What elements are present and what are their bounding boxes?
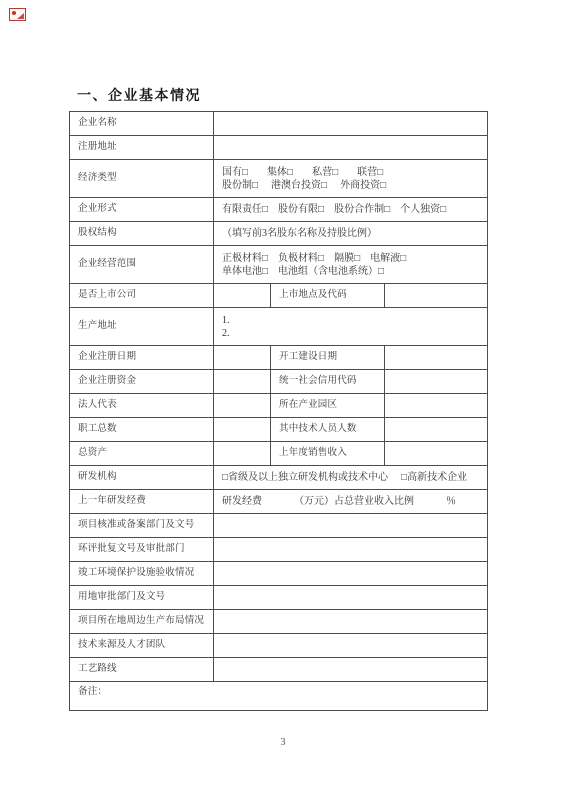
value-process-route [214, 658, 487, 681]
business-scope-options-line2: 单体电池□ 电池组（含电池系统）□ [222, 265, 384, 278]
value-last-year-sales [385, 442, 487, 465]
value-equity-structure: （填写前3名股东名称及持股比例） [214, 222, 487, 245]
row-total-assets: 总资产 上年度销售收入 [70, 442, 487, 466]
row-tech-source-team: 技术来源及人才团队 [70, 634, 487, 658]
rd-expense-part: 研发经费 [222, 495, 262, 508]
checkbox-option: 股份有限□ [278, 203, 324, 216]
production-address-line2: 2. [222, 327, 230, 340]
label-construction-start-date: 开工建设日期 [271, 346, 385, 369]
label-listed-company: 是否上市公司 [70, 284, 214, 307]
checkbox-option: 股份制□ [222, 179, 258, 192]
row-registered-capital: 企业注册资金 统一社会信用代码 [70, 370, 487, 394]
checkbox-option: 国有□ [222, 166, 248, 179]
label-business-scope: 企业经营范围 [70, 246, 214, 283]
page-number: 3 [0, 737, 566, 748]
row-enterprise-form: 企业形式 有限责任□ 股份有限□ 股份合作制□ 个人独资□ [70, 198, 487, 222]
value-credit-code [385, 370, 487, 393]
row-registered-address: 注册地址 [70, 136, 487, 160]
label-registered-capital: 企业注册资金 [70, 370, 214, 393]
value-land-approval [214, 586, 487, 609]
row-rd-institution: 研发机构 □省级及以上独立研发机构或技术中心 □高新技术企业 [70, 466, 487, 490]
value-legal-representative [214, 394, 271, 417]
broken-image-icon [9, 8, 26, 21]
label-company-name: 企业名称 [70, 112, 214, 135]
value-eia-approval [214, 538, 487, 561]
checkbox-option: 有限责任□ [222, 203, 268, 216]
value-rd-institution: □省级及以上独立研发机构或技术中心 □高新技术企业 [214, 466, 487, 489]
label-employee-count: 职工总数 [70, 418, 214, 441]
value-registered-capital [214, 370, 271, 393]
label-listing-place-code: 上市地点及代码 [271, 284, 385, 307]
rd-institution-options: □省级及以上独立研发机构或技术中心 □高新技术企业 [222, 471, 467, 484]
value-total-assets [214, 442, 271, 465]
economic-type-options-line1: 国有□ 集体□ 私营□ 联营□ [222, 166, 383, 179]
row-project-approval: 项目核准或备案部门及文号 [70, 514, 487, 538]
row-employee-count: 职工总数 其中技术人员人数 [70, 418, 487, 442]
value-economic-type: 国有□ 集体□ 私营□ 联营□ 股份制□ 港澳台投资□ 外商投资□ [214, 160, 487, 197]
economic-type-options-line2: 股份制□ 港澳台投资□ 外商投资□ [222, 179, 386, 192]
checkbox-option: 正极材料□ [222, 252, 268, 265]
label-equity-structure: 股权结构 [70, 222, 214, 245]
checkbox-option: 联营□ [357, 166, 383, 179]
value-technical-staff-count [385, 418, 487, 441]
value-listed-company [214, 284, 271, 307]
checkbox-option: 负极材料□ [278, 252, 324, 265]
value-listing-place-code [385, 284, 487, 307]
rd-expense-part: ％ [446, 495, 456, 508]
checkbox-option: 隔膜□ [334, 252, 360, 265]
label-legal-representative: 法人代表 [70, 394, 214, 417]
row-company-name: 企业名称 [70, 112, 487, 136]
enterprise-info-table: 企业名称 注册地址 经济类型 国有□ 集体□ 私营□ 联营□ 股份制□ 港澳台投… [69, 111, 488, 711]
label-remarks: 备注： [70, 682, 487, 710]
value-surrounding-layout [214, 610, 487, 633]
row-business-scope: 企业经营范围 正极材料□ 负极材料□ 隔膜□ 电解液□ 单体电池□ 电池组（含电… [70, 246, 487, 284]
value-company-name [214, 112, 487, 135]
value-env-acceptance [214, 562, 487, 585]
row-equity-structure: 股权结构 （填写前3名股东名称及持股比例） [70, 222, 487, 246]
label-economic-type: 经济类型 [70, 160, 214, 197]
row-land-approval: 用地审批部门及文号 [70, 586, 487, 610]
label-registration-date: 企业注册日期 [70, 346, 214, 369]
row-registration-date: 企业注册日期 开工建设日期 [70, 346, 487, 370]
value-rd-expense-last-year: 研发经费 （万元）占总营业收入比例 ％ [214, 490, 487, 513]
production-address-line1: 1. [222, 314, 230, 327]
value-enterprise-form: 有限责任□ 股份有限□ 股份合作制□ 个人独资□ [214, 198, 487, 221]
label-enterprise-form: 企业形式 [70, 198, 214, 221]
checkbox-option: □高新技术企业 [401, 471, 467, 484]
row-economic-type: 经济类型 国有□ 集体□ 私营□ 联营□ 股份制□ 港澳台投资□ 外商投资□ [70, 160, 487, 198]
value-registration-date [214, 346, 271, 369]
row-remarks: 备注： [70, 682, 487, 710]
checkbox-option: □省级及以上独立研发机构或技术中心 [222, 471, 388, 484]
label-credit-code: 统一社会信用代码 [271, 370, 385, 393]
checkbox-option: 电池组（含电池系统）□ [278, 265, 384, 278]
row-production-address: 生产地址 1. 2. [70, 308, 487, 346]
label-production-address: 生产地址 [70, 308, 214, 345]
rd-expense-part: （万元）占总营业收入比例 [294, 495, 414, 508]
value-construction-start-date [385, 346, 487, 369]
value-employee-count [214, 418, 271, 441]
label-tech-source-team: 技术来源及人才团队 [70, 634, 214, 657]
checkbox-option: 外商投资□ [340, 179, 386, 192]
label-rd-institution: 研发机构 [70, 466, 214, 489]
row-process-route: 工艺路线 [70, 658, 487, 682]
enterprise-form-options: 有限责任□ 股份有限□ 股份合作制□ 个人独资□ [222, 203, 446, 216]
value-business-scope: 正极材料□ 负极材料□ 隔膜□ 电解液□ 单体电池□ 电池组（含电池系统）□ [214, 246, 487, 283]
label-registered-address: 注册地址 [70, 136, 214, 159]
row-listed-company: 是否上市公司 上市地点及代码 [70, 284, 487, 308]
label-total-assets: 总资产 [70, 442, 214, 465]
label-last-year-sales: 上年度销售收入 [271, 442, 385, 465]
label-eia-approval: 环评批复文号及审批部门 [70, 538, 214, 561]
row-env-acceptance: 竣工环境保护设施验收情况 [70, 562, 487, 586]
checkbox-option: 港澳台投资□ [271, 179, 327, 192]
label-industrial-park: 所在产业园区 [271, 394, 385, 417]
label-technical-staff-count: 其中技术人员人数 [271, 418, 385, 441]
label-env-acceptance: 竣工环境保护设施验收情况 [70, 562, 214, 585]
checkbox-option: 个人独资□ [400, 203, 446, 216]
checkbox-option: 集体□ [267, 166, 293, 179]
label-surrounding-layout: 项目所在地周边生产布局情况 [70, 610, 214, 633]
label-land-approval: 用地审批部门及文号 [70, 586, 214, 609]
row-eia-approval: 环评批复文号及审批部门 [70, 538, 487, 562]
value-tech-source-team [214, 634, 487, 657]
row-legal-representative: 法人代表 所在产业园区 [70, 394, 487, 418]
label-project-approval: 项目核准或备案部门及文号 [70, 514, 214, 537]
value-registered-address [214, 136, 487, 159]
checkbox-option: 电解液□ [370, 252, 406, 265]
section-title: 一、企业基本情况 [77, 85, 201, 105]
row-surrounding-layout: 项目所在地周边生产布局情况 [70, 610, 487, 634]
checkbox-option: 股份合作制□ [334, 203, 390, 216]
label-process-route: 工艺路线 [70, 658, 214, 681]
checkbox-option: 私营□ [312, 166, 338, 179]
label-rd-expense-last-year: 上一年研发经费 [70, 490, 214, 513]
value-production-address: 1. 2. [214, 308, 487, 345]
row-rd-expense-last-year: 上一年研发经费 研发经费 （万元）占总营业收入比例 ％ [70, 490, 487, 514]
value-project-approval [214, 514, 487, 537]
business-scope-options-line1: 正极材料□ 负极材料□ 隔膜□ 电解液□ [222, 252, 406, 265]
checkbox-option: 单体电池□ [222, 265, 268, 278]
value-industrial-park [385, 394, 487, 417]
